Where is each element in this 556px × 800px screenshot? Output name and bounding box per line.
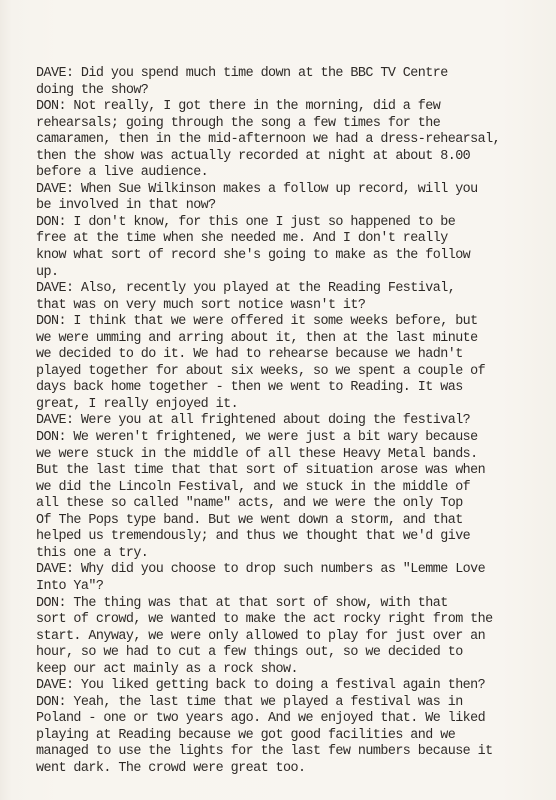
text-line: DON: We weren't frightened, we were just…: [36, 430, 500, 447]
text-line: helped us tremendously; and thus we thou…: [36, 529, 500, 546]
text-line: hour, so we had to cut a few things out,…: [36, 645, 500, 662]
text-line: rehearsals; going through the song a few…: [36, 116, 500, 133]
text-line: But the last time that that sort of situ…: [36, 463, 500, 480]
text-line: sort of crowd, we wanted to make the act…: [36, 612, 500, 629]
text-line: doing the show?: [36, 83, 500, 100]
text-line: playing at Reading because we got good f…: [36, 728, 500, 745]
interview-text: DAVE: Did you spend much time down at th…: [36, 66, 500, 778]
text-line: played together for about six weeks, so …: [36, 364, 500, 381]
text-line: DAVE: Did you spend much time down at th…: [36, 66, 500, 83]
text-line: we were umming and arring about it, then…: [36, 331, 500, 348]
text-line: DAVE: When Sue Wilkinson makes a follow …: [36, 182, 500, 199]
typewritten-page: DAVE: Did you spend much time down at th…: [0, 0, 556, 800]
text-line: DON: The thing was that at that sort of …: [36, 596, 500, 613]
text-line: before a live audience.: [36, 165, 500, 182]
text-line: camaramen, then in the mid-afternoon we …: [36, 132, 500, 149]
text-line: we decided to do it. We had to rehearse …: [36, 347, 500, 364]
text-line: DAVE: Also, recently you played at the R…: [36, 281, 500, 298]
text-line: up.: [36, 265, 500, 282]
text-line: that was on very much sort notice wasn't…: [36, 298, 500, 315]
text-line: be involved in that now?: [36, 198, 500, 215]
text-line: keep our act mainly as a rock show.: [36, 662, 500, 679]
text-line: DAVE: Why did you choose to drop such nu…: [36, 562, 500, 579]
text-line: Into Ya"?: [36, 579, 500, 596]
text-line: we did the Lincoln Festival, and we stuc…: [36, 480, 500, 497]
text-line: went dark. The crowd were great too.: [36, 761, 500, 778]
text-line: DAVE: You liked getting back to doing a …: [36, 678, 500, 695]
text-line: free at the time when she needed me. And…: [36, 231, 500, 248]
text-line: Poland - one or two years ago. And we en…: [36, 711, 500, 728]
text-line: start. Anyway, we were only allowed to p…: [36, 629, 500, 646]
text-line: managed to use the lights for the last f…: [36, 744, 500, 761]
text-line: then the show was actually recorded at n…: [36, 149, 500, 166]
text-line: days back home together - then we went t…: [36, 380, 500, 397]
text-line: DAVE: Were you at all frightened about d…: [36, 413, 500, 430]
text-line: this one a try.: [36, 546, 500, 563]
text-line: great, I really enjoyed it.: [36, 397, 500, 414]
text-line: we were stuck in the middle of all these…: [36, 447, 500, 464]
text-line: all these so called "name" acts, and we …: [36, 496, 500, 513]
text-line: DON: Not really, I got there in the morn…: [36, 99, 500, 116]
text-line: DON: I don't know, for this one I just s…: [36, 215, 500, 232]
text-line: Of The Pops type band. But we went down …: [36, 513, 500, 530]
text-line: DON: Yeah, the last time that we played …: [36, 695, 500, 712]
text-line: know what sort of record she's going to …: [36, 248, 500, 265]
text-line: DON: I think that we were offered it som…: [36, 314, 500, 331]
